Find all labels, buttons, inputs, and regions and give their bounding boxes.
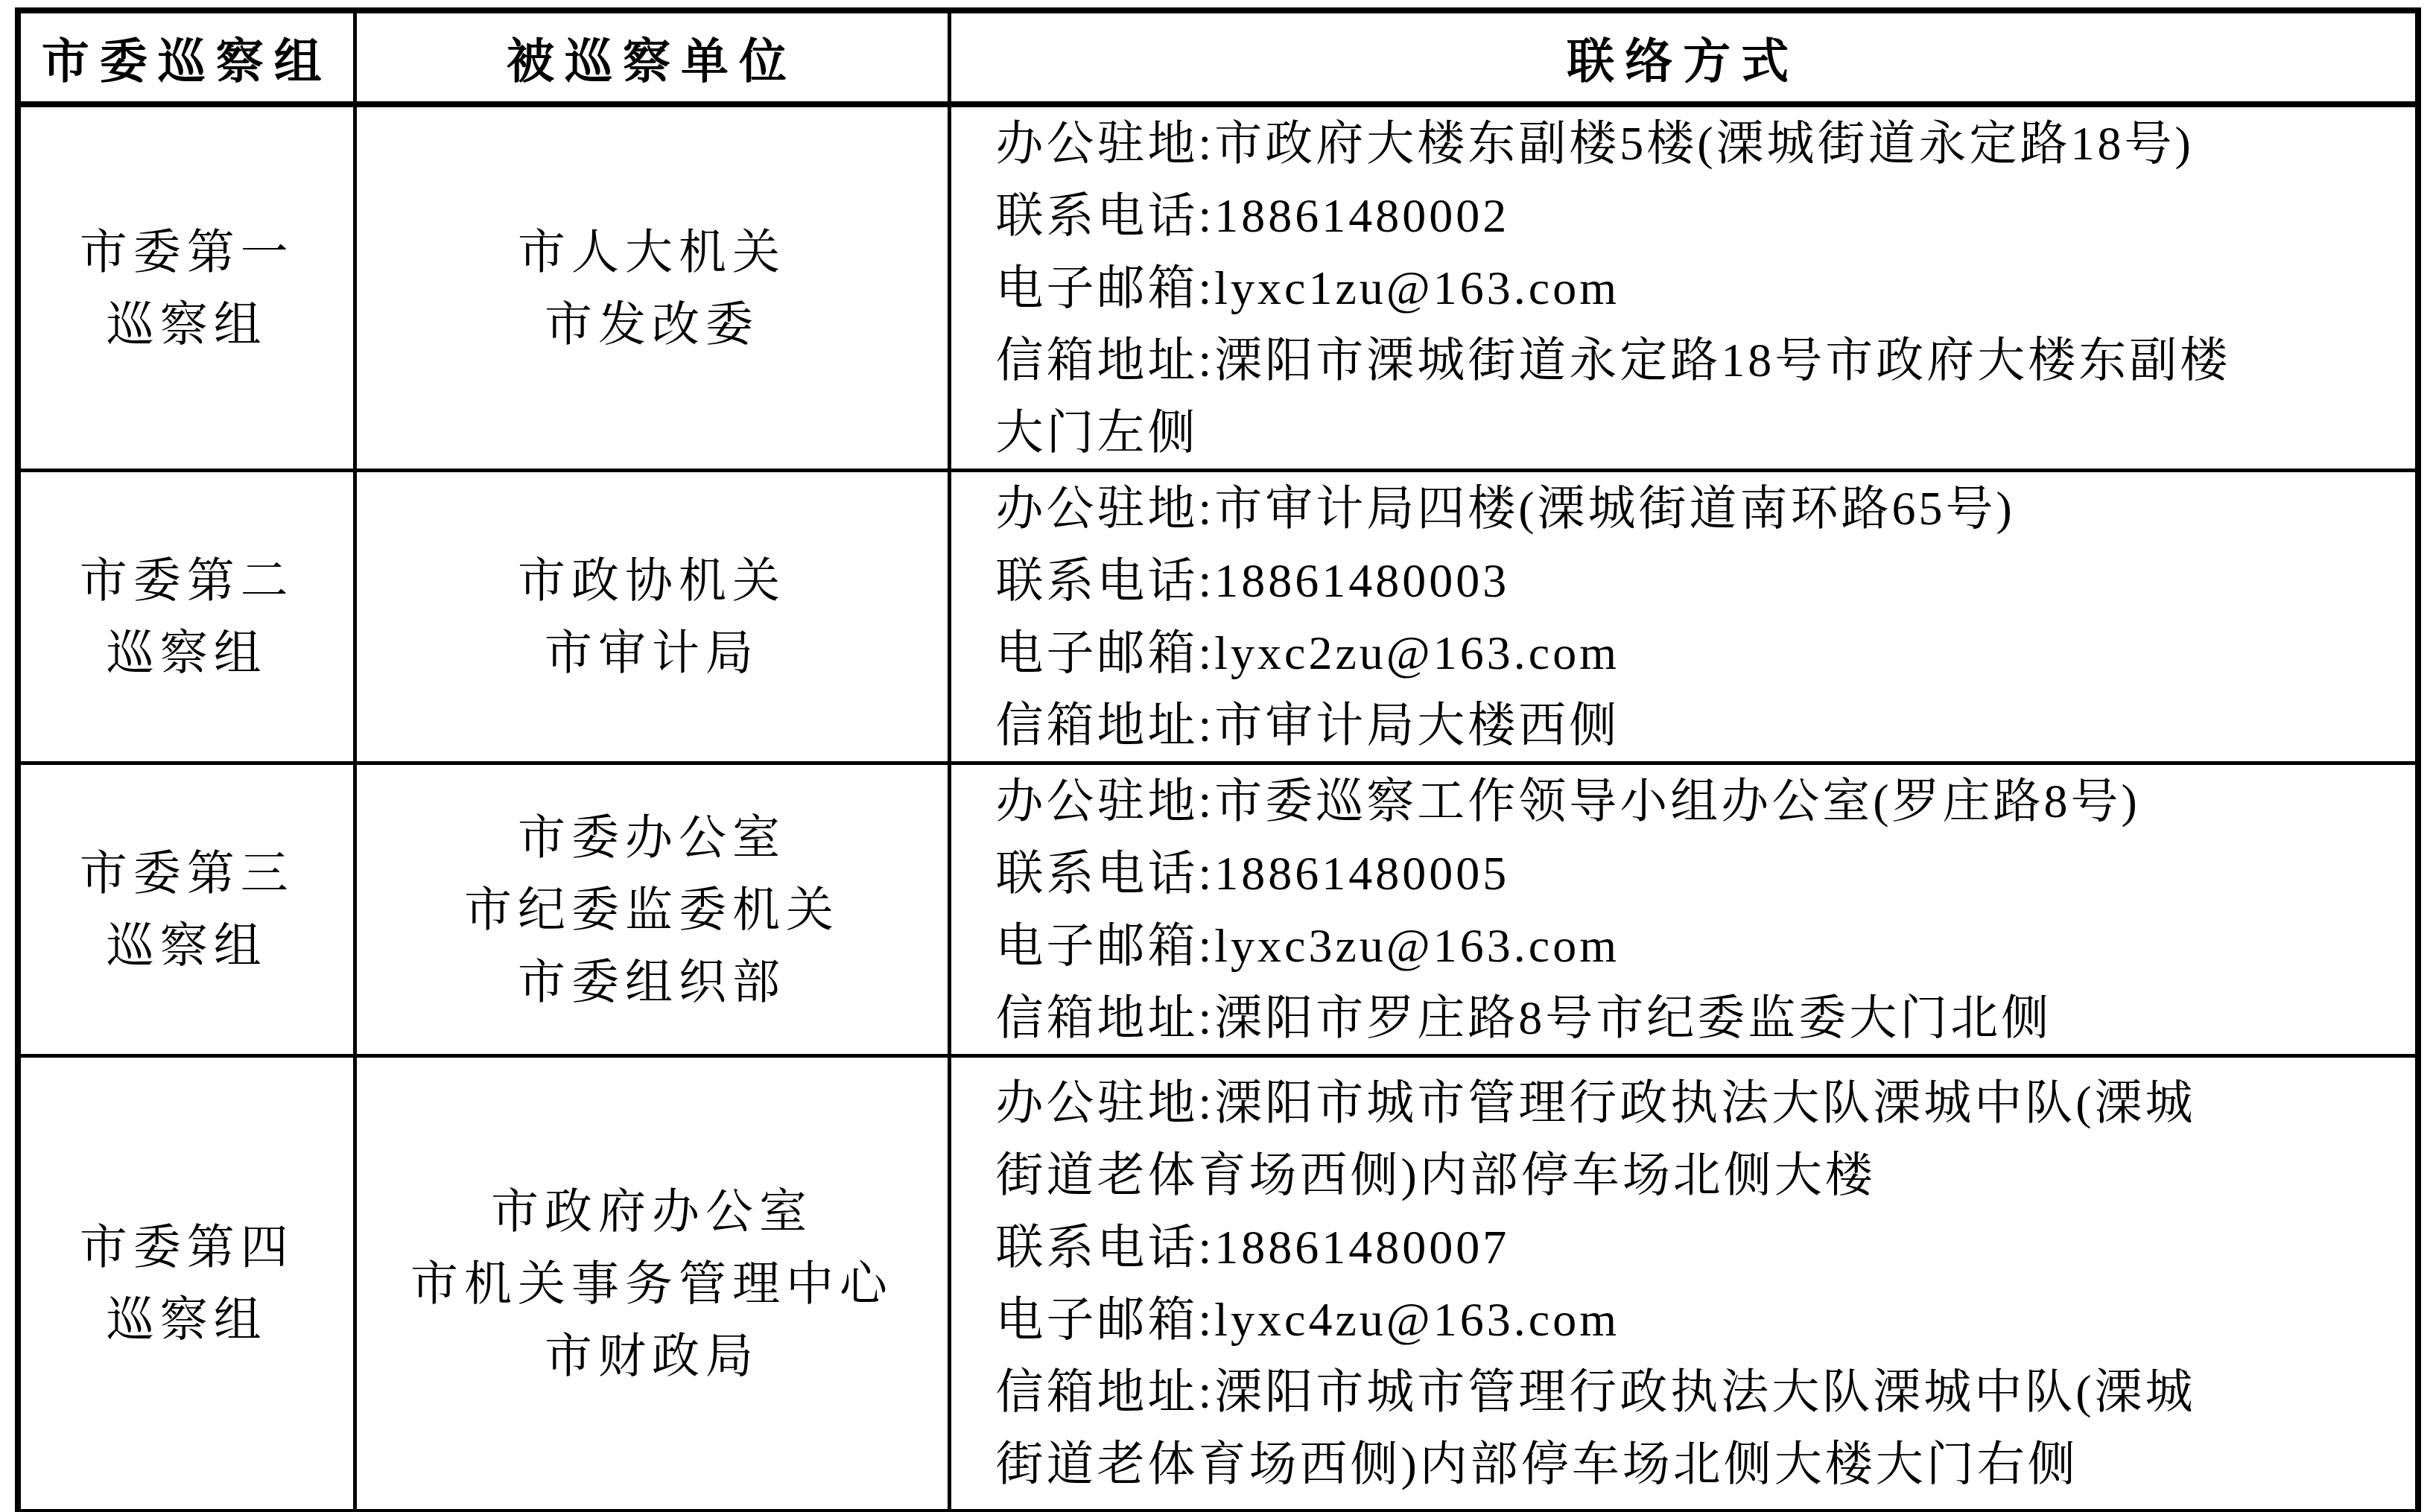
group-name-line: 巡察组 [21, 617, 353, 689]
header-cell-inspected-units: 被巡察单位 [355, 10, 949, 104]
contact-line: 办公驻地:市政府大楼东副楼5楼(溧城街道永定路18号) [996, 107, 2393, 180]
inspection-group-cell: 市委第三 巡察组 [18, 763, 355, 1056]
inspection-contact-table: 市委巡察组 被巡察单位 联络方式 市委第一 巡察组 市人大机关 市发改委 办公驻… [15, 7, 2421, 1512]
contact-line: 办公驻地:市审计局四楼(溧城街道南环路65号) [996, 472, 2393, 544]
contact-line: 电子邮箱:lyxc2zu@163.com [996, 617, 2393, 689]
contact-line: 办公驻地:溧阳市城市管理行政执法大队溧城中队(溧城 [996, 1067, 2393, 1139]
header-cell-contact-method: 联络方式 [949, 10, 2418, 104]
contact-line: 电子邮箱:lyxc4zu@163.com [996, 1283, 2393, 1356]
group-name-line: 市委第四 [21, 1211, 353, 1283]
contact-line: 信箱地址:溧阳市溧城街道永定路18号市政府大楼东副楼 [996, 324, 2393, 396]
table-row: 市委第三 巡察组 市委办公室 市纪委监委机关 市委组织部 办公驻地:市委巡察工作… [18, 763, 2418, 1056]
document-page: 市委巡察组 被巡察单位 联络方式 市委第一 巡察组 市人大机关 市发改委 办公驻… [0, 0, 2430, 1512]
unit-line: 市委办公室 [357, 801, 948, 874]
unit-line: 市审计局 [357, 617, 948, 689]
group-name-line: 市委第二 [21, 544, 353, 617]
contact-line: 电子邮箱:lyxc1zu@163.com [996, 252, 2393, 324]
unit-line: 市发改委 [357, 288, 948, 360]
contact-line: 联系电话:18861480007 [996, 1211, 2393, 1283]
group-name-line: 巡察组 [21, 288, 353, 360]
inspection-group-cell: 市委第一 巡察组 [18, 104, 355, 471]
contact-cell: 办公驻地:市委巡察工作领导小组办公室(罗庄路8号) 联系电话:188614800… [949, 763, 2418, 1056]
contact-line: 街道老体育场西侧)内部停车场北侧大楼 [996, 1139, 2393, 1211]
unit-line: 市人大机关 [357, 216, 948, 288]
contact-line: 信箱地址:市审计局大楼西侧 [996, 689, 2393, 761]
contact-line: 办公驻地:市委巡察工作领导小组办公室(罗庄路8号) [996, 765, 2393, 837]
header-row: 市委巡察组 被巡察单位 联络方式 [18, 10, 2418, 104]
contact-line: 联系电话:18861480003 [996, 544, 2393, 617]
unit-line: 市政府办公室 [357, 1175, 948, 1248]
inspected-units-cell: 市委办公室 市纪委监委机关 市委组织部 [355, 763, 949, 1056]
contact-cell: 办公驻地:溧阳市城市管理行政执法大队溧城中队(溧城 街道老体育场西侧)内部停车场… [949, 1056, 2418, 1512]
inspected-units-cell: 市政府办公室 市机关事务管理中心 市财政局 [355, 1056, 949, 1512]
contact-line: 信箱地址:溧阳市罗庄路8号市纪委监委大门北侧 [996, 982, 2393, 1054]
group-name-line: 巡察组 [21, 1283, 353, 1356]
group-name-line: 市委第一 [21, 216, 353, 288]
contact-line: 联系电话:18861480005 [996, 837, 2393, 909]
inspected-units-cell: 市人大机关 市发改委 [355, 104, 949, 471]
contact-line: 大门左侧 [996, 396, 2393, 468]
unit-line: 市财政局 [357, 1320, 948, 1392]
contact-line: 信箱地址:溧阳市城市管理行政执法大队溧城中队(溧城 [996, 1356, 2393, 1428]
unit-line: 市委组织部 [357, 946, 948, 1018]
table-row: 市委第四 巡察组 市政府办公室 市机关事务管理中心 市财政局 办公驻地:溧阳市城… [18, 1056, 2418, 1512]
contact-cell: 办公驻地:市审计局四楼(溧城街道南环路65号) 联系电话:18861480003… [949, 471, 2418, 763]
contact-cell: 办公驻地:市政府大楼东副楼5楼(溧城街道永定路18号) 联系电话:1886148… [949, 104, 2418, 471]
contact-line: 联系电话:18861480002 [996, 180, 2393, 252]
group-name-line: 市委第三 [21, 837, 353, 909]
contact-line: 街道老体育场西侧)内部停车场北侧大楼大门右侧 [996, 1428, 2393, 1500]
unit-line: 市机关事务管理中心 [357, 1248, 948, 1320]
inspection-group-cell: 市委第四 巡察组 [18, 1056, 355, 1512]
unit-line: 市政协机关 [357, 544, 948, 617]
inspected-units-cell: 市政协机关 市审计局 [355, 471, 949, 763]
inspection-group-cell: 市委第二 巡察组 [18, 471, 355, 763]
table-row: 市委第二 巡察组 市政协机关 市审计局 办公驻地:市审计局四楼(溧城街道南环路6… [18, 471, 2418, 763]
header-cell-inspection-group: 市委巡察组 [18, 10, 355, 104]
unit-line: 市纪委监委机关 [357, 874, 948, 946]
contact-line: 电子邮箱:lyxc3zu@163.com [996, 909, 2393, 982]
table-row: 市委第一 巡察组 市人大机关 市发改委 办公驻地:市政府大楼东副楼5楼(溧城街道… [18, 104, 2418, 471]
group-name-line: 巡察组 [21, 909, 353, 982]
